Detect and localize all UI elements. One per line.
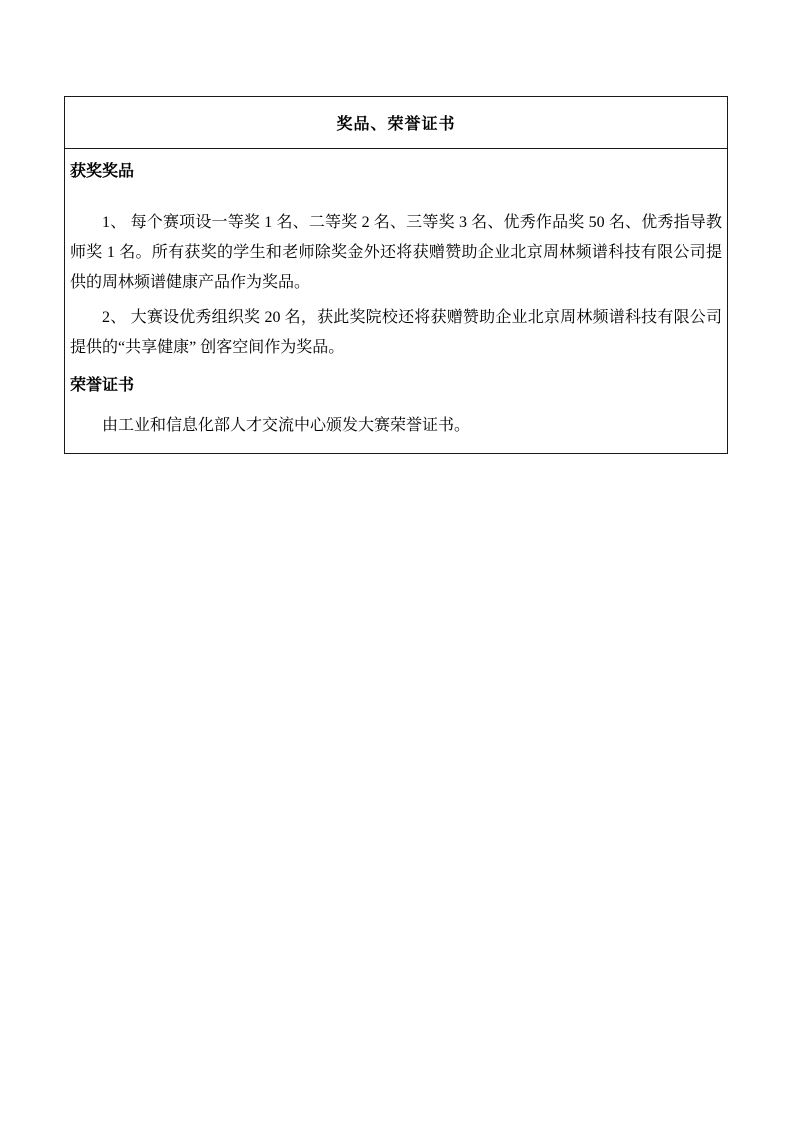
table-title-row: 奖品、荣誉证书 bbox=[65, 97, 727, 149]
table-title: 奖品、荣誉证书 bbox=[336, 111, 455, 134]
award-certificate-table: 奖品、荣誉证书 获奖奖品 1、 每个赛项设一等奖 1 名、二等奖 2 名、三等奖… bbox=[64, 96, 728, 454]
paragraph-prize-item-2: 2、 大赛设优秀组织奖 20 名，获此奖院校还将获赠赞助企业北京周林频谱科技有限… bbox=[70, 303, 722, 363]
paragraph-prize-item-1: 1、 每个赛项设一等奖 1 名、二等奖 2 名、三等奖 3 名、优秀作品奖 50… bbox=[70, 208, 722, 298]
document-page: 奖品、荣誉证书 获奖奖品 1、 每个赛项设一等奖 1 名、二等奖 2 名、三等奖… bbox=[0, 0, 793, 1122]
paragraph-certificate: 由工业和信息化部人才交流中心颁发大赛荣誉证书。 bbox=[70, 411, 722, 441]
section-heading-certificate: 荣誉证书 bbox=[70, 371, 722, 401]
section-heading-prizes: 获奖奖品 bbox=[70, 157, 722, 187]
table-content-cell: 获奖奖品 1、 每个赛项设一等奖 1 名、二等奖 2 名、三等奖 3 名、优秀作… bbox=[65, 149, 727, 453]
